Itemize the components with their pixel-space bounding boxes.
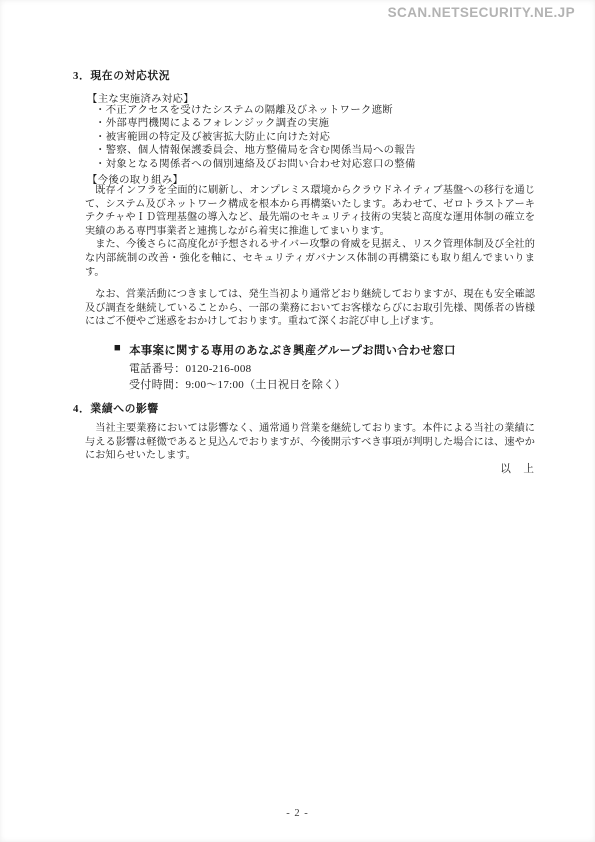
document-page: SCAN.NETSECURITY.NE.JP 3．現在の対応状況 【主な実施済み…	[0, 0, 595, 842]
paragraph-line: す。	[85, 266, 535, 280]
hours-label: 受付時間：	[129, 379, 186, 391]
phone-label: 電話番号：	[129, 363, 186, 375]
paragraph-line: て、システム及びネットワーク構成を根本から再構築いたします。あわせて、ゼロトラス…	[85, 198, 535, 212]
business-impact-paragraph: 当社主要業務においては影響なく、通常通り営業を継続しております。本件による当社の…	[85, 422, 535, 463]
list-item: ・対象となる関係者への個別連絡及びお問い合わせ対応窓口の整備	[95, 158, 416, 171]
list-item: ・被害範囲の特定及び被害拡大防止に向けた対応	[95, 131, 416, 144]
paragraph-line: 実績のある専門事業者と連携しながら着実に推進してまいります。	[85, 225, 535, 239]
paragraph-line: また、今後さらに高度化が予想されるサイバー攻撃の脅威を見据え、リスク管理体制及び…	[85, 238, 535, 252]
paragraph-line: 与える影響は軽微であると見込んでおりますが、今後開示すべき事項が判明した場合には…	[85, 436, 535, 450]
implemented-actions-list: ・不正アクセスを受けたシステムの隔離及びネットワーク遮断 ・外部専門機関によるフ…	[95, 104, 416, 171]
paragraph: また、今後さらに高度化が予想されるサイバー攻撃の脅威を見据え、リスク管理体制及び…	[85, 238, 535, 279]
paragraph: なお、営業活動につきましては、発生当初より通常どおり継続しておりますが、現在も安…	[85, 288, 535, 329]
list-item: ・警察、個人情報保護委員会、地方整備局を含む関係当局への報告	[95, 144, 416, 157]
future-initiatives-paragraphs: 既存インフラを全面的に刷新し、オンプレミス環境からクラウドネイティブ基盤への移行…	[85, 184, 535, 329]
page-number: - 2 -	[0, 808, 595, 819]
section-4-heading: 4．業績への影響	[73, 401, 159, 416]
contact-window-heading-text: 本事案に関する専用のあなぶき興産グループお問い合わせ窓口	[129, 342, 456, 358]
paragraph-line: にはご不便やご迷惑をおかけしております。重ねて深くお詫び申し上げます。	[85, 315, 535, 329]
list-item: ・不正アクセスを受けたシステムの隔離及びネットワーク遮断	[95, 104, 416, 117]
watermark: SCAN.NETSECURITY.NE.JP	[388, 5, 575, 20]
paragraph-line: なお、営業活動につきましては、発生当初より通常どおり継続しておりますが、現在も安…	[85, 288, 535, 302]
list-item: ・外部専門機関によるフォレンジック調査の実施	[95, 117, 416, 130]
paragraph-line: テクチャやＩＤ管理基盤の導入など、最先端のセキュリティ技術の実装と高度な運用体制…	[85, 211, 535, 225]
contact-window-heading: ■ 本事案に関する専用のあなぶき興産グループお問い合わせ窓口	[114, 342, 456, 358]
paragraph-line: 既存インフラを全面的に刷新し、オンプレミス環境からクラウドネイティブ基盤への移行…	[85, 184, 535, 198]
paragraph: 当社主要業務においては影響なく、通常通り営業を継続しております。本件による当社の…	[85, 422, 535, 463]
phone-number: 0120-216-008	[186, 363, 252, 375]
closing-ijou: 以 上	[85, 461, 535, 476]
hours-value: 9:00～17:00（土日祝日を除く）	[186, 379, 346, 391]
section-3-heading: 3．現在の対応状況	[73, 68, 170, 83]
paragraph: 既存インフラを全面的に刷新し、オンプレミス環境からクラウドネイティブ基盤への移行…	[85, 184, 535, 238]
contact-phone-line: 電話番号：0120-216-008	[129, 360, 251, 376]
contact-hours-line: 受付時間：9:00～17:00（土日祝日を除く）	[129, 376, 346, 392]
square-bullet-icon: ■	[114, 342, 121, 358]
paragraph-line: な内部統制の改善・強化を軸に、セキュリティガバナンス体制の再構築にも取り組んでま…	[85, 252, 535, 266]
implemented-actions-label: 【主な実施済み対応】	[87, 90, 194, 105]
paragraph-line: 及び調査を継続していることから、一部の業務においてお客様ならびにお取引先様、関係…	[85, 302, 535, 316]
paragraph-line: 当社主要業務においては影響なく、通常通り営業を継続しております。本件による当社の…	[85, 422, 535, 436]
